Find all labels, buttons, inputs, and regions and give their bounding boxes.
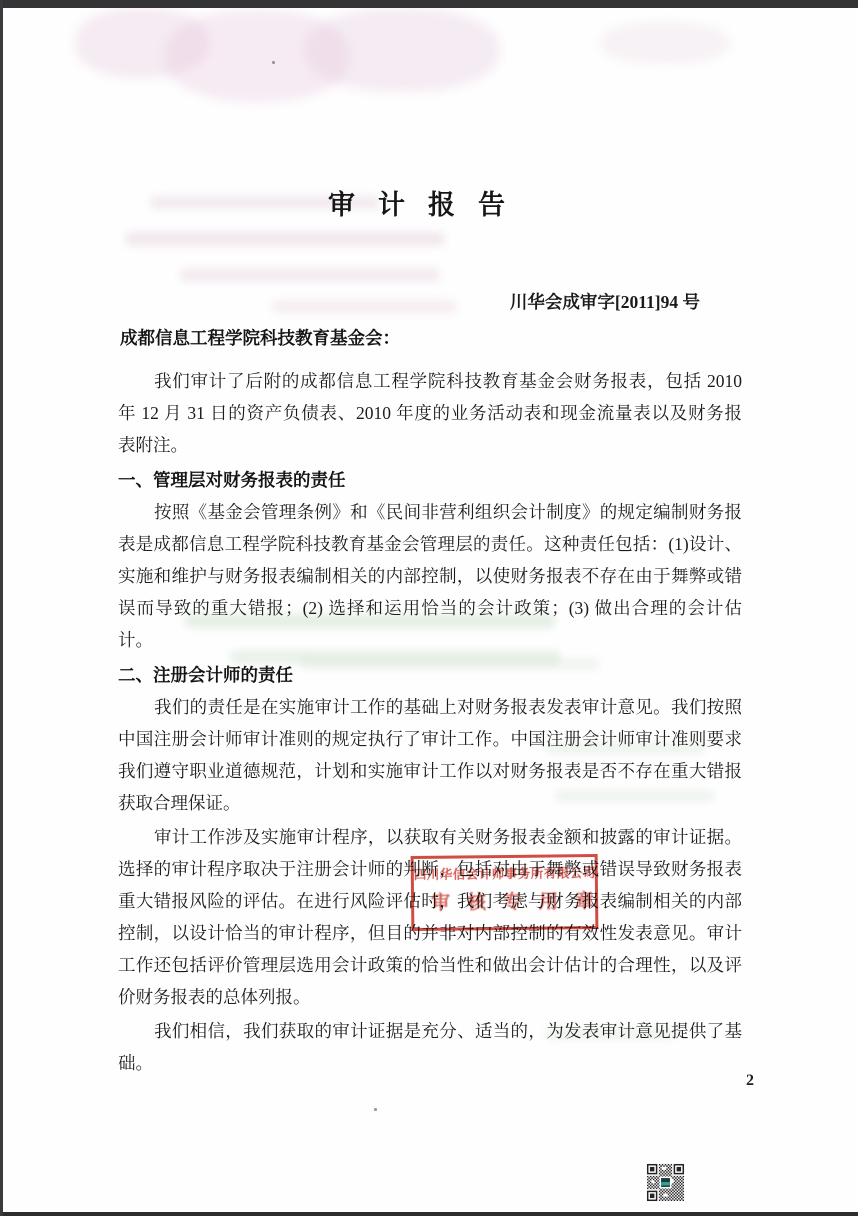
paragraph-line: 误而导致的重大错报；(2) 选择和运用恰当的会计政策；(3) 做出合理的会计估 bbox=[118, 592, 742, 624]
paragraph-5: 我们相信，我们获取的审计证据是充分、适当的，为发表审计意见提供了基 础。 bbox=[118, 1015, 742, 1079]
paragraph-line: 我们的责任是在实施审计工作的基础上对财务报表发表审计意见。我们按照 bbox=[118, 691, 742, 723]
paragraph-line: 按照《基金会管理条例》和《民间非营利组织会计制度》的规定编制财务报 bbox=[118, 496, 742, 528]
paragraph-3: 我们的责任是在实施审计工作的基础上对财务报表发表审计意见。我们按照 中国注册会计… bbox=[118, 691, 742, 819]
qr-code-icon bbox=[644, 1161, 687, 1204]
scan-speck bbox=[272, 61, 275, 64]
paragraph-line: 计。 bbox=[118, 624, 742, 656]
bleedthrough-ghost bbox=[125, 232, 445, 246]
scan-edge-bottom bbox=[0, 1212, 858, 1216]
scan-edge-top bbox=[0, 0, 858, 8]
section-1-heading: 一、管理层对财务报表的责任 bbox=[118, 464, 742, 496]
bleedthrough-ghost bbox=[600, 22, 730, 64]
scan-edge-left bbox=[0, 0, 3, 1216]
bleedthrough-ghost bbox=[272, 300, 457, 313]
reference-number: 川华会成审字[2011]94 号 bbox=[510, 289, 700, 314]
bleedthrough-ghost bbox=[180, 268, 440, 282]
page-title: 审计报告 bbox=[120, 183, 713, 215]
bleedthrough-ghost bbox=[305, 8, 500, 92]
paragraph-line: 中国注册会计师审计准则的规定执行了审计工作。中国注册会计师审计准则要求 bbox=[118, 723, 742, 755]
scanned-audit-report-page: 审计报告 川华会成审字[2011]94 号 成都信息工程学院科技教育基金会： 我… bbox=[0, 0, 858, 1216]
paragraph-line: 实施和维护与财务报表编制相关的内部控制，以使财务报表不存在由于舞弊或错 bbox=[118, 560, 742, 592]
seal-text: 审核专用章 bbox=[414, 886, 595, 915]
seal-company-name: 四川华信会计师事务所有限公司 bbox=[414, 863, 595, 883]
page-number: 2 bbox=[738, 1072, 762, 1090]
section-2-heading: 二、注册会计师的责任 bbox=[118, 659, 742, 691]
addressee: 成都信息工程学院科技教育基金会： bbox=[120, 325, 400, 350]
paragraph-line: 年 12 月 31 日的资产负债表、2010 年度的业务活动表和现金流量表以及财… bbox=[118, 397, 742, 429]
paragraph-line: 我们遵守职业道德规范，计划和实施审计工作以对财务报表是否不存在重大错报 bbox=[118, 755, 742, 787]
paragraph-line: 表附注。 bbox=[118, 429, 742, 461]
paragraph-line: 工作还包括评价管理层选用会计政策的恰当性和做出会计估计的合理性，以及评 bbox=[118, 949, 742, 981]
paragraph-line: 获取合理保证。 bbox=[118, 787, 742, 819]
scan-speck bbox=[374, 1108, 377, 1111]
paragraph-1: 我们审计了后附的成都信息工程学院科技教育基金会财务报表，包括 2010 年 12… bbox=[118, 365, 742, 461]
paragraph-line: 我们审计了后附的成都信息工程学院科技教育基金会财务报表，包括 2010 bbox=[118, 365, 742, 397]
paragraph-line: 审计工作涉及实施审计程序，以获取有关财务报表金额和披露的审计证据。 bbox=[118, 821, 742, 853]
paragraph-line: 我们相信，我们获取的审计证据是充分、适当的，为发表审计意见提供了基 bbox=[118, 1015, 742, 1047]
paragraph-2: 按照《基金会管理条例》和《民间非营利组织会计制度》的规定编制财务报 表是成都信息… bbox=[118, 496, 742, 656]
paragraph-line: 础。 bbox=[118, 1047, 742, 1079]
paragraph-line: 价财务报表的总体列报。 bbox=[118, 981, 742, 1013]
paragraph-line: 表是成都信息工程学院科技教育基金会管理层的责任。这种责任包括：(1)设计、 bbox=[118, 528, 742, 560]
company-seal: 四川华信会计师事务所有限公司 审核专用章 bbox=[411, 854, 599, 931]
